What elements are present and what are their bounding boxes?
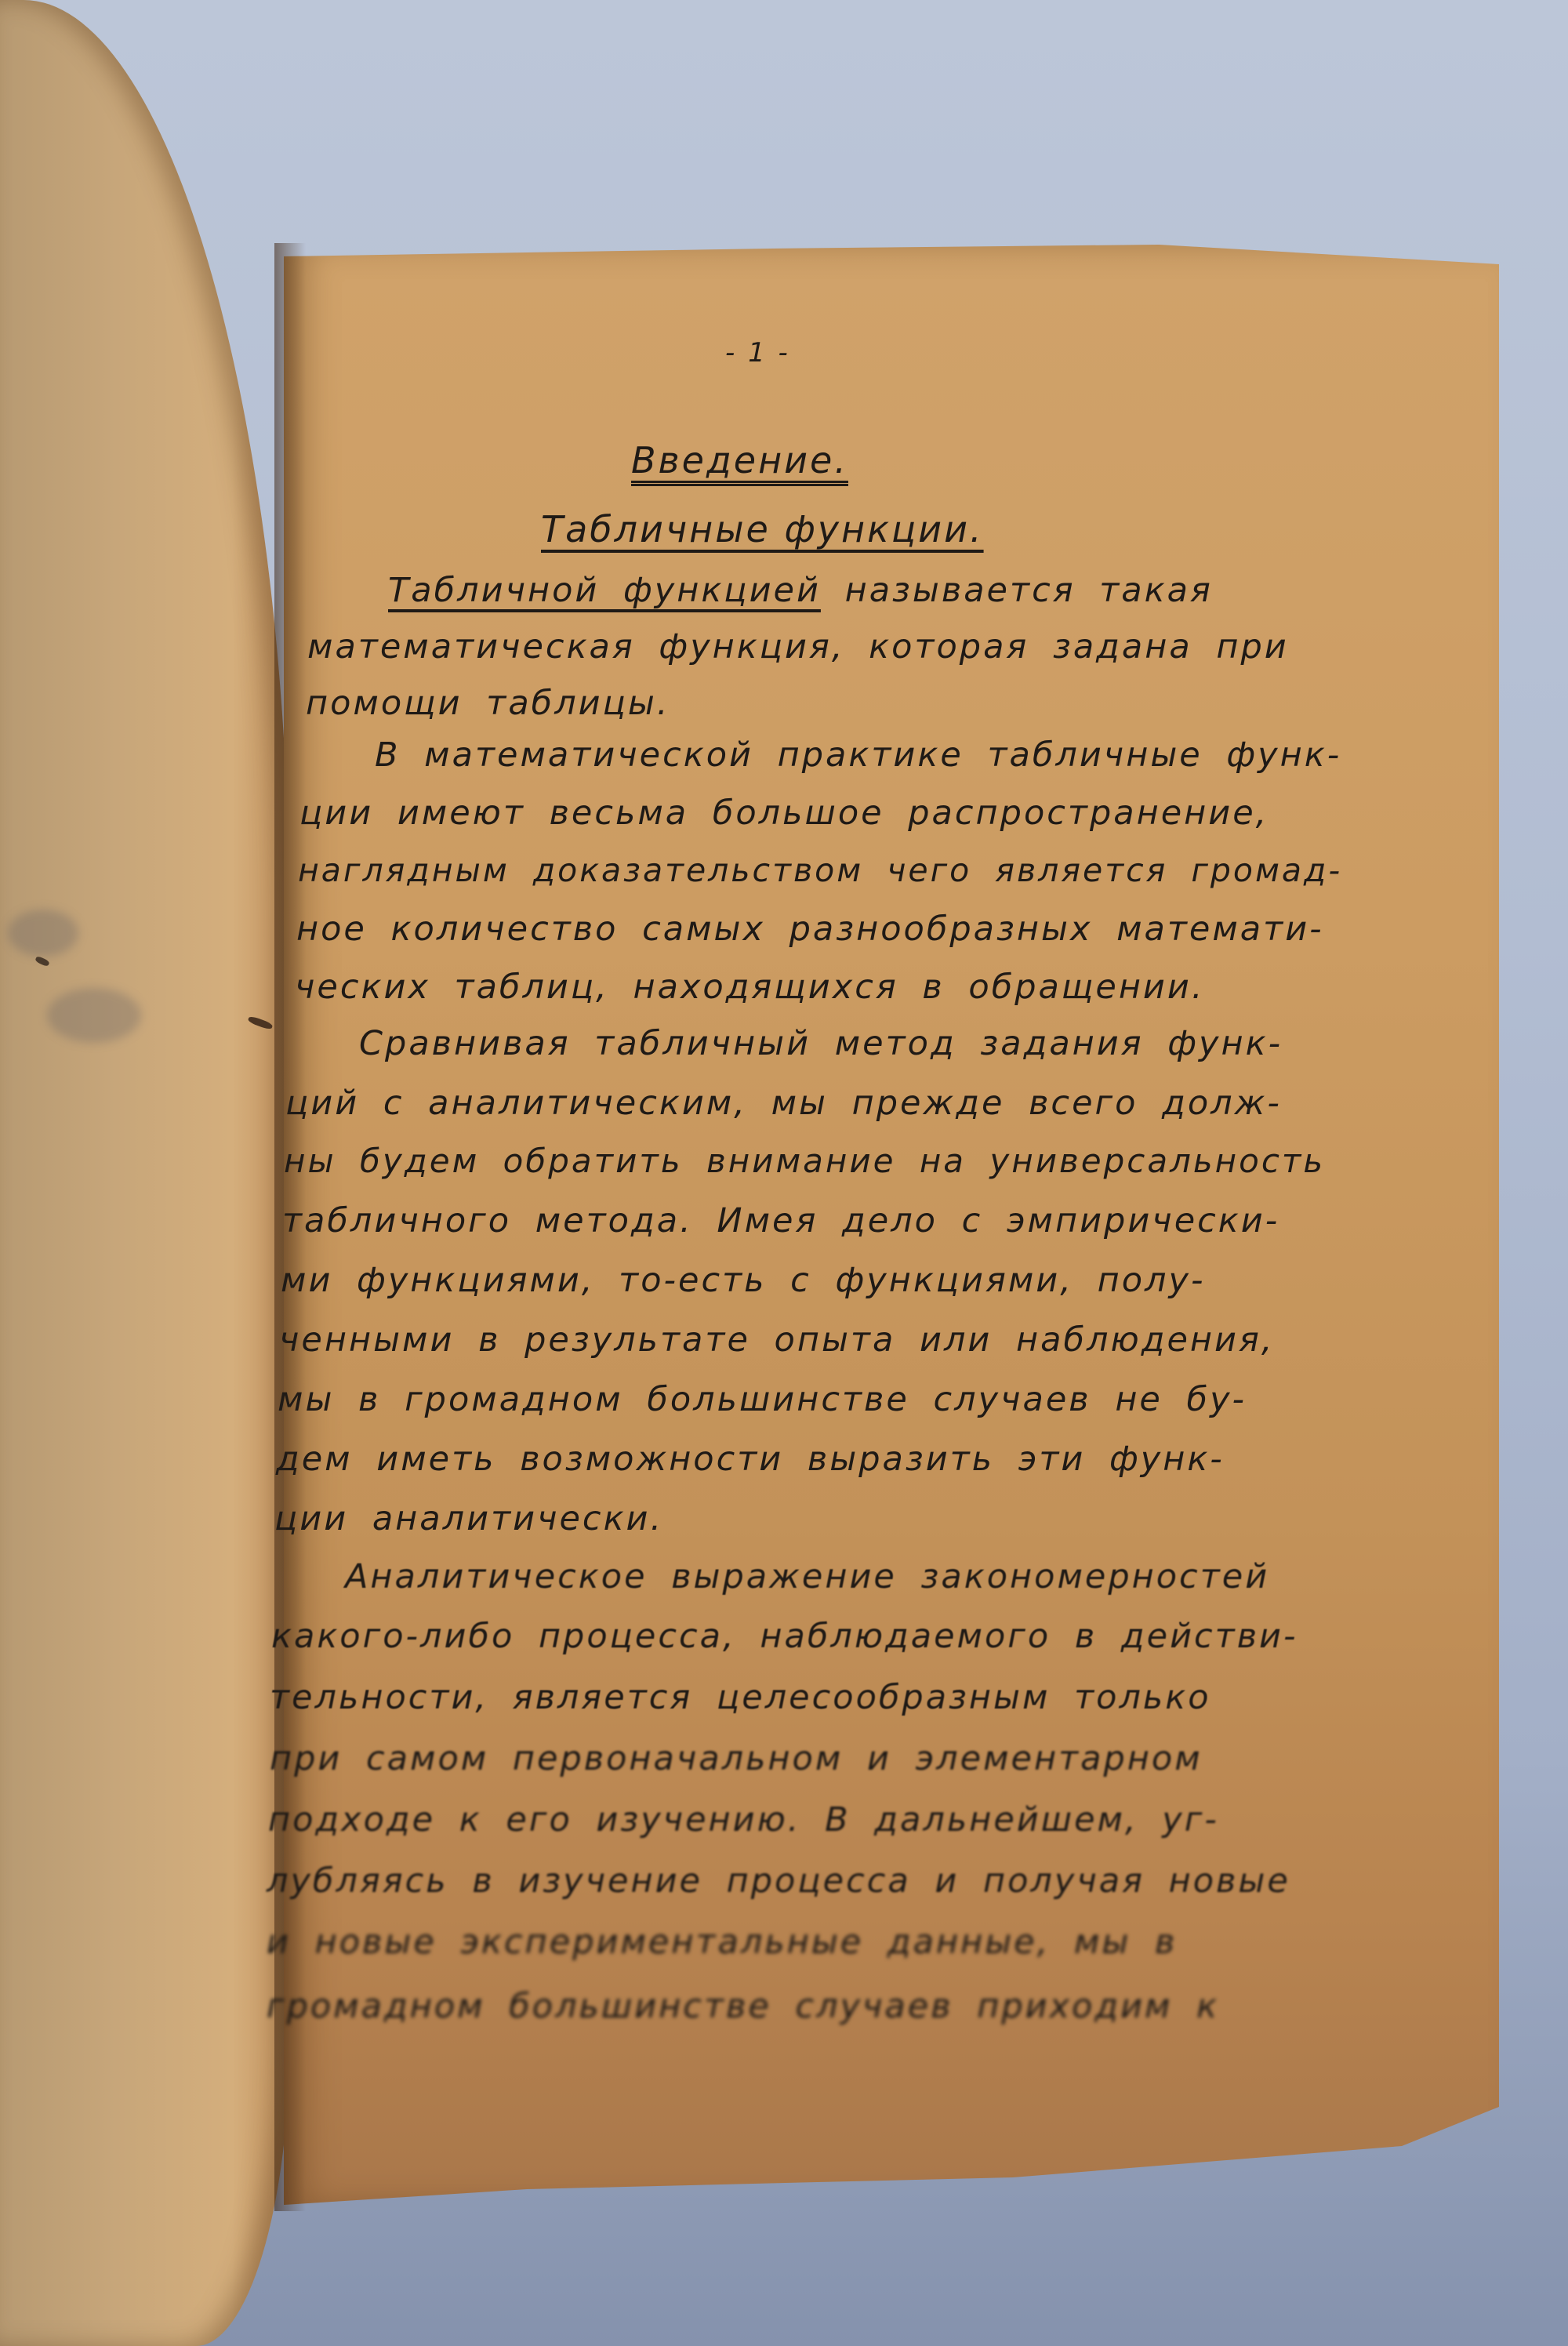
text-line: ми функциями, то-есть с функциями, полу-	[281, 1261, 1205, 1300]
text-line: В математической практике табличные функ…	[375, 735, 1341, 775]
ink-smudge	[8, 910, 78, 957]
text-line: ное количество самых разнообразных матем…	[296, 910, 1324, 949]
section-title: Табличные функции.	[541, 508, 984, 550]
text-line: Аналитическое выражение закономерностей	[345, 1557, 1269, 1596]
text-line-rest: называется такая	[821, 571, 1213, 610]
text-line: математическая функция, которая задана п…	[307, 627, 1289, 666]
text-line: помощи таблицы.	[306, 684, 670, 723]
text-line: Сравнивая табличный метод задания функ-	[359, 1024, 1283, 1063]
ink-smudge	[47, 988, 141, 1043]
page-number: - 1 -	[725, 337, 790, 369]
text-line: ченными в результате опыта или наблюдени…	[279, 1320, 1275, 1360]
text-line: наглядным доказательством чего является …	[298, 852, 1342, 889]
text-line: ции имеют весьма большое распространение…	[299, 793, 1269, 833]
left-page	[0, 0, 290, 2346]
text-line: Табличной функцией называется такая	[388, 571, 1213, 610]
text-line: ций с аналитическим, мы прежде всего дол…	[285, 1084, 1282, 1123]
text-line: тельности, является целесообразным тольк…	[270, 1678, 1211, 1717]
text-line: дем иметь возможности выразить эти функ-	[276, 1440, 1225, 1479]
page-title: Введение.	[631, 439, 848, 481]
defined-term: Табличной функцией	[388, 571, 821, 610]
text-line: лубляясь в изучение процесса и получая н…	[267, 1861, 1290, 1901]
text-line: мы в громадном большинстве случаев не бу…	[278, 1380, 1247, 1419]
text-line: и новые экспериментальные данные, мы в	[267, 1923, 1177, 1962]
text-line: ны будем обратить внимание на универсаль…	[284, 1142, 1325, 1180]
text-line: подходе к его изучению. В дальнейшем, уг…	[268, 1800, 1219, 1839]
text-line: громадном большинстве случаев приходим к	[267, 1987, 1219, 2026]
text-line: ческих таблиц, находящихся в обращении.	[295, 968, 1205, 1007]
ink-mark	[34, 956, 50, 968]
text-line: ции аналитически.	[274, 1499, 663, 1538]
text-line: какого-либо процесса, наблюдаемого в дей…	[271, 1617, 1298, 1656]
text-line: при самом первоначальном и элементарном	[270, 1739, 1203, 1778]
text-line: табличного метода. Имея дело с эмпиричес…	[282, 1201, 1279, 1240]
